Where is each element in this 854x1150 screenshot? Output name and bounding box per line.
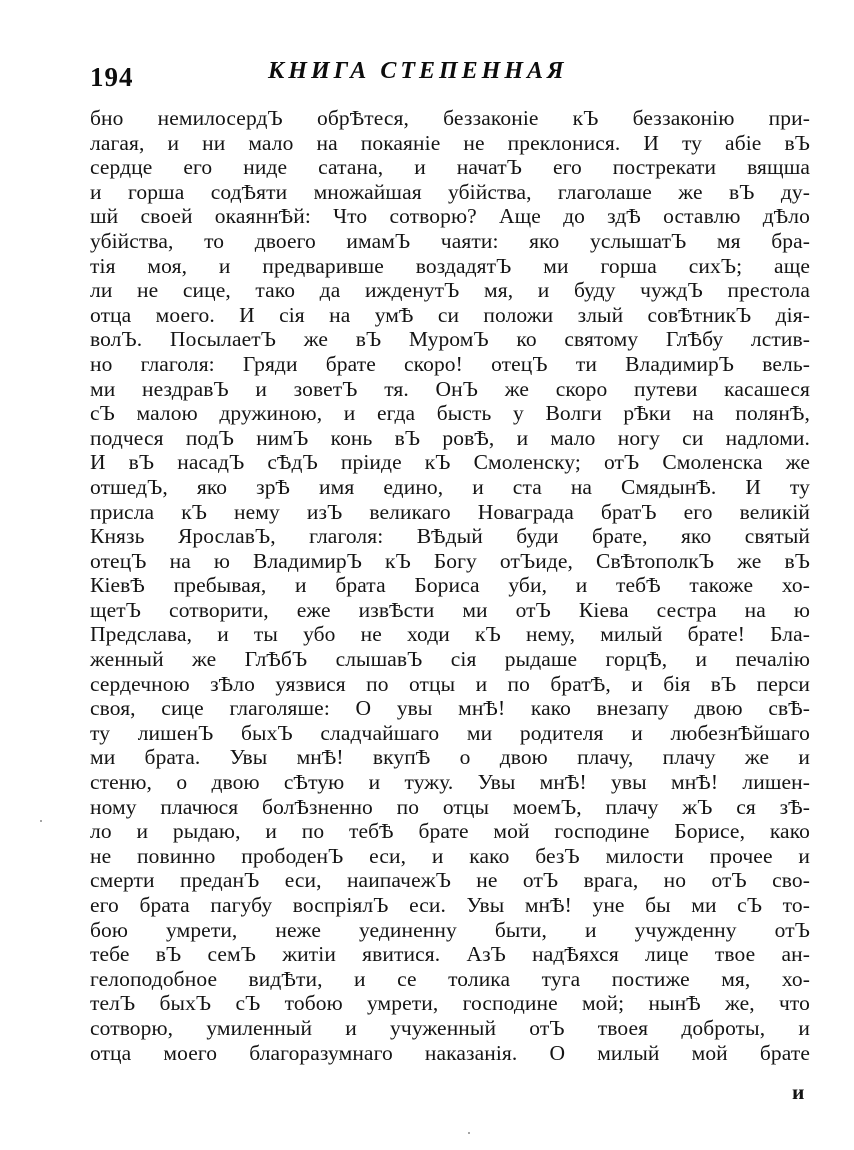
text-line: убійства, то двоего имамЪ чаяти: яко усл… [90,229,810,254]
text-line: сЪ малою дружиною, и егда бысть у Волги … [90,401,810,426]
text-line: гелоподобное видѢти, и се толика туга по… [90,967,810,992]
scan-speck [468,1132,470,1134]
text-line: отца моего. И сія на умѢ си положи злый … [90,303,810,328]
text-line: тія моя, и предварившe воздадятЪ ми горш… [90,254,810,279]
text-line: лагая, и ни мало на покаяніе не преклони… [90,131,810,156]
text-line: сотворю, умиленный и учуженный отЪ твоея… [90,1016,810,1041]
text-line: сердечною зѢло уязвися по отцы и по брат… [90,672,810,697]
text-line: ло и рыдаю, и по тебѢ брате мой господин… [90,819,810,844]
text-line: щетЪ сотворити, еже извѢсти ми отЪ Кіева… [90,598,810,623]
text-line: ному плачюся болѢзненно по отцы моемЪ, п… [90,795,810,820]
text-line: КіевѢ пребывая, и брата Бориса уби, и те… [90,573,810,598]
text-line: ли не сице, тако да ижденутЪ мя, и буду … [90,278,810,303]
text-line: женный же ГлѢбЪ слышавЪ сія рыдаше горцѢ… [90,647,810,672]
text-line: И вЪ насадЪ сѢдЪ пріиде кЪ Смоленску; от… [90,450,810,475]
text-line: бно немилосердЪ обрѢтеся, беззаконіе кЪ … [90,106,810,131]
text-line: отца моего благоразумнаго наказанія. О м… [90,1041,810,1066]
text-line: тебе вЪ семЪ житіи явитися. АзЪ надѢяхся… [90,942,810,967]
text-line: отецЪ на ю ВладимирЪ кЪ Богу отЪиде, СвѢ… [90,549,810,574]
text-line: не повинно прободенЪ еси, и како безЪ ми… [90,844,810,869]
page-number: 194 [90,62,134,93]
text-line: подчеся подЪ нимЪ конь вЪ ровѢ, и мало н… [90,426,810,451]
text-line: телЪ быхЪ сЪ тобою умрети, господине мой… [90,991,810,1016]
text-line: своя, сице глаголяше: О увы мнѢ! како вн… [90,696,810,721]
text-line: ту лишенЪ быхЪ сладчайшаго ми родителя и… [90,721,810,746]
text-line: отшедЪ, яко зрѢ имя едино, и ста на Смяд… [90,475,810,500]
text-line: но глаголя: Гряди брате скоро! отецЪ ти … [90,352,810,377]
text-line: сердце его ниде сатана, и начатЪ его пос… [90,155,810,180]
text-line: бою умрети, неже уединенну быти, и учужд… [90,918,810,943]
text-line: и горша содѢяти множайшая убійства, глаг… [90,180,810,205]
text-line: смерти преданЪ еси, наипачежЪ не отЪ вра… [90,868,810,893]
catchword: и [792,1080,804,1105]
running-head: 194 КНИГА СТЕПЕННАЯ [88,58,810,92]
text-line: волЪ. ПосылаетЪ же вЪ МуромЪ ко святому … [90,327,810,352]
book-title: КНИГА СТЕПЕННАЯ [268,58,568,85]
text-line: шй своей окаяннѢй: Что сотворю? Аще до з… [90,204,810,229]
text-line: Князь ЯрославЪ, глаголя: ВѢдый буди брат… [90,524,810,549]
text-line: стеню, о двою сѢтую и тужу. Увы мнѢ! увы… [90,770,810,795]
text-line: Предслава, и ты убо не ходи кЪ нему, мил… [90,622,810,647]
text-line: присла кЪ нему изЪ великаго Новаграда бр… [90,500,810,525]
text-line: ми нездравЪ и зоветЪ тя. ОнЪ же скоро пу… [90,377,810,402]
body-text: бно немилосердЪ обрѢтеся, беззаконіе кЪ … [90,106,810,1065]
text-line: ми брата. Увы мнѢ! вкупѢ о двою плачу, п… [90,745,810,770]
scan-speck [40,820,42,822]
text-line: его брата пагубу воспріялЪ еси. Увы мнѢ!… [90,893,810,918]
book-page: 194 КНИГА СТЕПЕННАЯ бно немилосердЪ обрѢ… [0,0,854,1150]
